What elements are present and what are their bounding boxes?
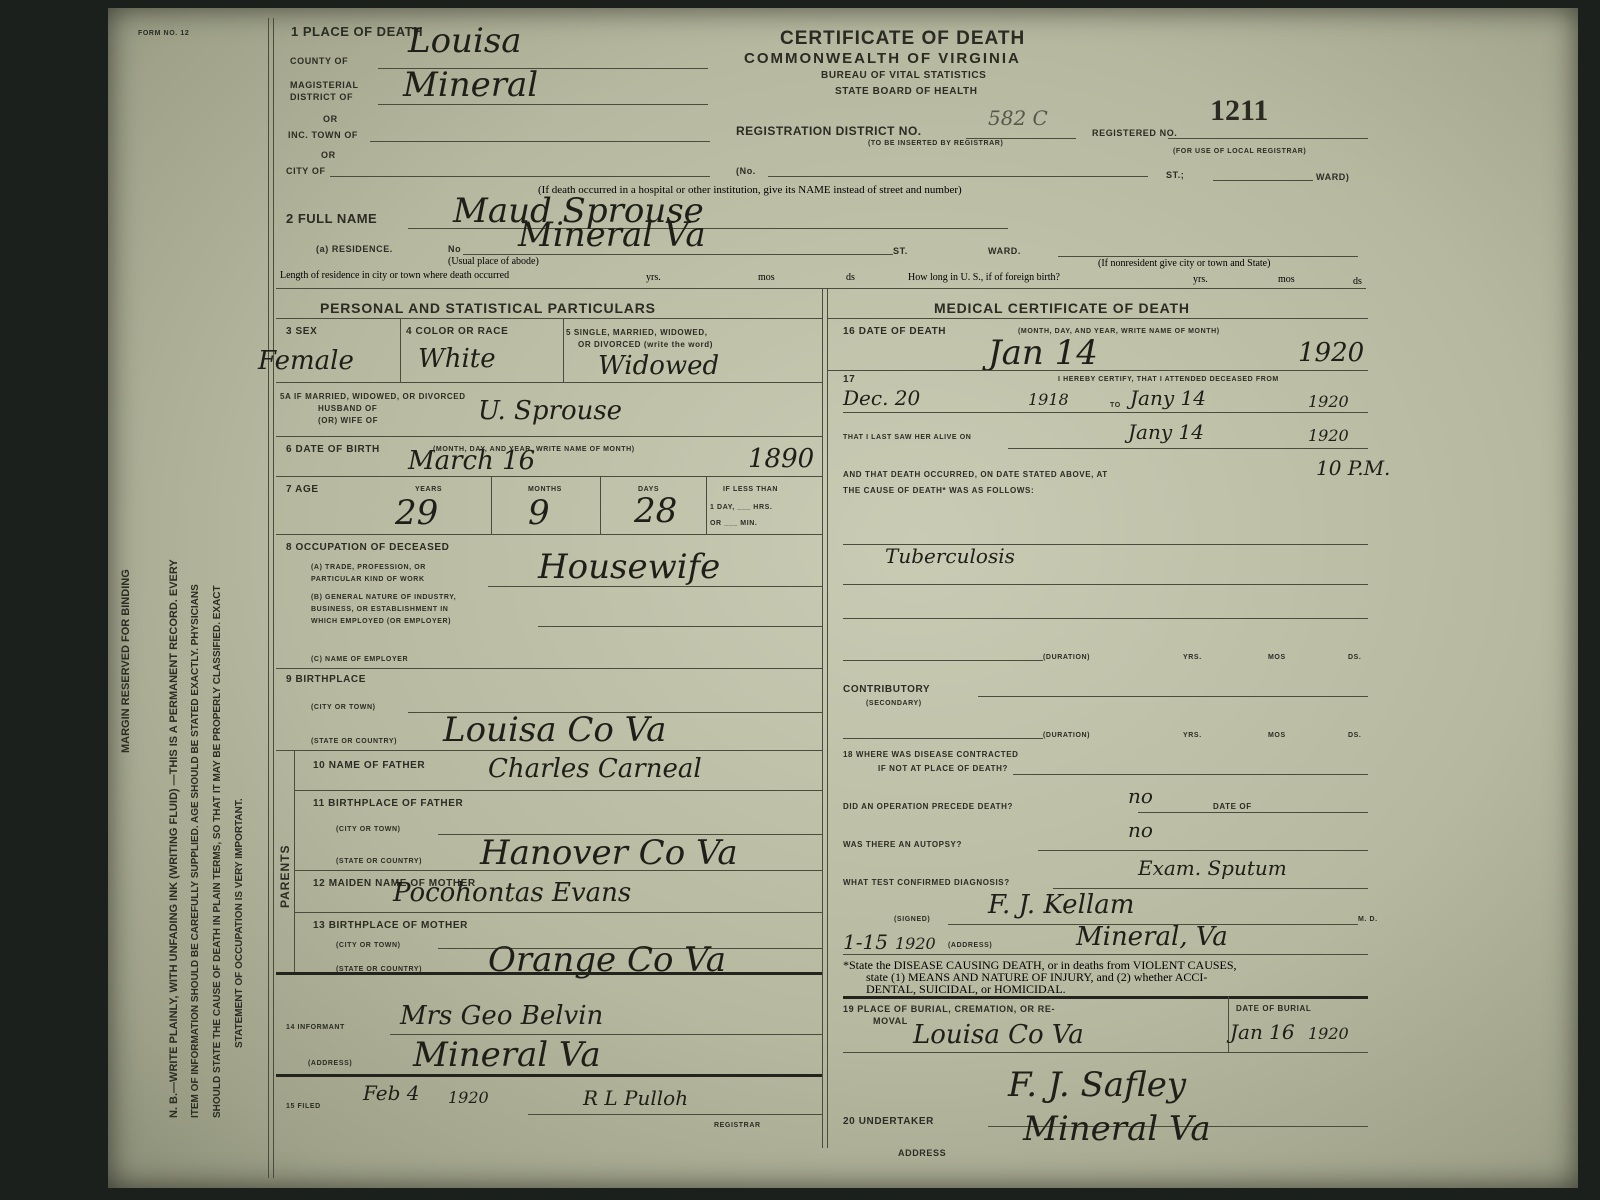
mother-bp-city-label: (CITY OR TOWN) [336,942,401,949]
undertaker-value[interactable]: F. J. Safley [1008,1068,1186,1102]
father-name-label: 10 NAME OF FATHER [313,760,425,771]
personal-heading: PERSONAL AND STATISTICAL PARTICULARS [320,300,656,316]
less-than-label: IF LESS THAN [723,486,778,493]
registered-no-value[interactable]: 1211 [1210,94,1268,128]
occupation-value[interactable]: Housewife [538,550,720,584]
burial-place-label-1: 19 PLACE OF BURIAL, CREMATION, OR RE- [843,1004,1055,1014]
cause-value[interactable]: Tuberculosis [885,546,1015,566]
operation-label: DID AN OPERATION PRECEDE DEATH? [843,802,1013,811]
board-title: STATE BOARD OF HEALTH [835,86,978,97]
abode-note: (Usual place of abode) [448,256,539,267]
duration-ds-1: DS. [1348,654,1361,661]
marital-value[interactable]: Widowed [598,353,719,379]
us-ds-label: ds [1353,276,1362,287]
sign-date[interactable]: 1-15 [843,932,888,952]
duration-label-1: (DURATION) [1043,654,1090,661]
test-label: WHAT TEST CONFIRMED DIAGNOSIS? [843,878,1010,887]
occupation-b-1: (B) GENERAL NATURE OF INDUSTRY, [311,594,456,601]
sex-value[interactable]: Female [258,348,354,374]
last-saw-label: THAT I LAST SAW HER ALIVE ON [843,434,971,441]
informant-address-value[interactable]: Mineral Va [413,1038,601,1072]
burial-date-label: DATE OF BURIAL [1236,1004,1311,1013]
less-than-hours: 1 DAY, ___ HRS. [710,504,772,511]
district-label: DISTRICT OF [290,92,353,102]
occurred-label: AND THAT DEATH OCCURRED, ON DATE STATED … [843,470,1108,479]
us-yrs-label: yrs. [1193,274,1208,285]
spouse-value[interactable]: U. Sprouse [478,398,622,424]
full-name-label: 2 FULL NAME [286,211,377,226]
to-label: TO [1110,402,1121,409]
length-yrs-label: yrs. [646,272,661,283]
birthplace-city-label: (CITY OR TOWN) [311,704,376,711]
or-label-1: OR [323,114,338,124]
age-days-value[interactable]: 28 [634,494,677,528]
footnote-line-3: DENTAL, SUICIDAL, or HOMICIDAL. [866,982,1066,997]
occupation-c: (C) NAME OF EMPLOYER [311,656,408,663]
autopsy-label: WAS THERE AN AUTOPSY? [843,840,962,849]
margin-note: MARGIN RESERVED FOR BINDING [120,569,132,753]
registration-district-label: REGISTRATION DISTRICT NO. [736,124,922,138]
residence-ward-label: WARD. [988,246,1021,256]
occupation-a-2: PARTICULAR KIND OF WORK [311,576,425,583]
father-name-value[interactable]: Charles Carneal [488,756,702,782]
father-bp-state-label: (STATE OR COUNTRY) [336,858,422,865]
magisterial-label: MAGISTERIAL [290,80,359,90]
county-value[interactable]: Louisa [408,24,522,58]
father-bp-city-label: (CITY OR TOWN) [336,826,401,833]
filed-year[interactable]: 1920 [448,1090,489,1106]
signed-label: (SIGNED) [894,916,930,923]
town-label: INC. TOWN OF [288,130,358,140]
age-label: 7 AGE [286,484,319,495]
duration-mos-1: MOS [1268,654,1286,661]
md-label: M. D. [1358,916,1378,923]
age-months-value[interactable]: 9 [528,496,550,530]
length-of-residence-label: Length of residence in city or town wher… [280,270,509,281]
certificate-title: CERTIFICATE OF DEATH [780,28,1025,50]
form-number: FORM NO. 12 [138,30,189,37]
st-label: ST.; [1166,170,1184,180]
burial-place-label-2: MOVAL [873,1016,908,1026]
length-mos-label: mos [758,272,775,283]
contracted-label-1: 18 WHERE WAS DISEASE CONTRACTED [843,750,1019,759]
attended-to-year[interactable]: 1920 [1308,394,1349,410]
age-years-value[interactable]: 29 [395,496,438,530]
burial-date-value[interactable]: Jan 16 [1230,1022,1295,1042]
mother-birthplace-label: 13 BIRTHPLACE OF MOTHER [313,920,468,931]
certify-text: I HEREBY CERTIFY, THAT I ATTENDED DECEAS… [1058,376,1279,383]
us-mos-label: mos [1278,274,1295,285]
district-value[interactable]: Mineral [403,68,538,102]
less-than-minutes: OR ___ MIN. [710,520,757,527]
operation-value[interactable]: no [1128,786,1153,806]
margin-rule [268,18,274,1178]
registrar-label: REGISTRAR [714,1122,761,1129]
informant-address-label: (ADDRESS) [308,1060,352,1067]
undertaker-address-label: ADDRESS [898,1148,946,1158]
commonwealth-title: COMMONWEALTH OF VIRGINIA [744,50,1021,67]
column-divider [822,288,828,1148]
burial-place-value[interactable]: Louisa Co Va [913,1022,1084,1048]
death-certificate: FORM NO. 12 MARGIN RESERVED FOR BINDING … [108,8,1578,1188]
registration-district-note: (TO BE INSERTED BY REGISTRAR) [868,140,1003,147]
age-months-label: MONTHS [528,486,562,493]
length-ds-label: ds [846,272,855,283]
occupation-label: 8 OCCUPATION OF DECEASED [286,542,450,553]
instructions-line-1: N. B.—WRITE PLAINLY, WITH UNFADING INK (… [168,559,180,1118]
duration-yrs-1: YRS. [1183,654,1202,661]
medical-address-label: (ADDRESS) [948,942,992,949]
occupation-b-2: BUSINESS, OR ESTABLISHMENT IN [311,606,448,613]
medical-heading: MEDICAL CERTIFICATE OF DEATH [934,300,1190,316]
autopsy-value[interactable]: no [1128,820,1153,840]
father-birthplace-value[interactable]: Hanover Co Va [480,836,738,870]
registrar-signature[interactable]: R L Pulloh [583,1088,688,1108]
occupation-a-1: (A) TRADE, PROFESSION, OR [311,564,426,571]
last-saw-year[interactable]: 1920 [1308,428,1349,444]
registration-district-value[interactable]: 582 C [988,108,1048,128]
duration-yrs-2: YRS. [1183,732,1202,739]
burial-date-year[interactable]: 1920 [1308,1026,1349,1042]
marital-label-2: OR DIVORCED (write the word) [578,340,713,349]
instructions-line-4: STATEMENT OF OCCUPATION IS VERY IMPORTAN… [234,798,245,1048]
date-of-death-value[interactable]: Jan 14 [988,336,1098,370]
spouse-label-3: (OR) WIFE OF [318,416,378,425]
certify-number: 17 [843,374,855,385]
filed-value[interactable]: Feb 4 [363,1083,420,1103]
residence-no-label: No [448,244,461,254]
residence-label: (a) RESIDENCE. [316,244,393,254]
date-of-label: DATE OF [1213,802,1252,811]
no-label: (No. [736,166,756,176]
race-value[interactable]: White [418,346,496,372]
occupation-b-3: WHICH EMPLOYED (OR EMPLOYER) [311,618,451,625]
secondary-label: (SECONDARY) [866,700,922,707]
occurred-value[interactable]: 10 P.M. [1316,458,1390,478]
filed-label: 15 FILED [286,1103,321,1110]
informant-value[interactable]: Mrs Geo Belvin [400,1003,603,1029]
mother-name-value[interactable]: Pocohontas Evans [393,880,631,906]
spouse-label-1: 5A IF MARRIED, WIDOWED, OR DIVORCED [280,392,466,401]
attended-from-value[interactable]: Dec. 20 [843,388,920,408]
duration-label-2: (DURATION) [1043,732,1090,739]
attended-from-year[interactable]: 1918 [1028,392,1069,408]
spouse-label-2: HUSBAND OF [318,404,377,413]
dob-label: 6 DATE OF BIRTH [286,444,380,455]
place-of-death-heading: 1 PLACE OF DEATH [291,24,423,39]
medical-address-value[interactable]: Mineral, Va [1076,924,1228,950]
bureau-title: BUREAU OF VITAL STATISTICS [821,70,986,81]
registered-no-label: REGISTERED NO. [1092,128,1177,138]
race-label: 4 COLOR OR RACE [406,326,508,337]
parents-side-label: PARENTS [278,845,292,908]
dob-value[interactable]: March 16 [408,448,535,474]
county-label: COUNTY OF [290,56,348,66]
contributory-label: CONTRIBUTORY [843,684,930,695]
city-label: CITY OF [286,166,326,176]
father-birthplace-label: 11 BIRTHPLACE OF FATHER [313,798,463,809]
age-years-label: YEARS [415,486,442,493]
duration-ds-2: DS. [1348,732,1361,739]
registered-no-note: (FOR USE OF LOCAL REGISTRAR) [1173,148,1306,155]
sex-label: 3 SEX [286,326,317,337]
nonresident-note: (If nonresident give city or town and St… [1098,258,1270,269]
informant-label: 14 INFORMANT [286,1024,345,1031]
contracted-label-2: IF NOT AT PLACE OF DEATH? [878,764,1008,773]
test-value[interactable]: Exam. Sputum [1138,858,1287,878]
instructions-line-3: SHOULD STATE THE CAUSE OF DEATH IN PLAIN… [212,585,223,1118]
dob-year[interactable]: 1890 [748,446,814,472]
duration-mos-2: MOS [1268,732,1286,739]
birthplace-value[interactable]: Louisa Co Va [443,713,666,747]
cause-label: THE CAUSE OF DEATH* WAS AS FOLLOWS: [843,486,1034,495]
date-of-death-label: 16 DATE OF DEATH [843,326,946,337]
residence-value[interactable]: Mineral Va [518,218,706,252]
undertaker-address-value[interactable]: Mineral Va [1023,1112,1211,1146]
undertaker-label: 20 UNDERTAKER [843,1116,934,1127]
marital-label-1: 5 SINGLE, MARRIED, WIDOWED, [566,328,708,337]
or-label-2: OR [321,150,336,160]
last-saw-value[interactable]: Jany 14 [1128,422,1204,442]
residence-st-label: ST. [893,246,908,256]
birthplace-state-label: (STATE OR COUNTRY) [311,738,397,745]
signed-value[interactable]: F. J. Kellam [988,892,1134,918]
attended-to-value[interactable]: Jany 14 [1130,388,1206,408]
date-of-death-year[interactable]: 1920 [1298,340,1364,366]
sign-year[interactable]: 1920 [895,936,936,952]
ward-label: WARD) [1316,172,1350,182]
us-label: How long in U. S., if of foreign birth? [908,272,1060,283]
instructions-line-2: ITEM OF INFORMATION SHOULD BE CAREFULLY … [190,584,201,1118]
birthplace-label: 9 BIRTHPLACE [286,674,366,685]
